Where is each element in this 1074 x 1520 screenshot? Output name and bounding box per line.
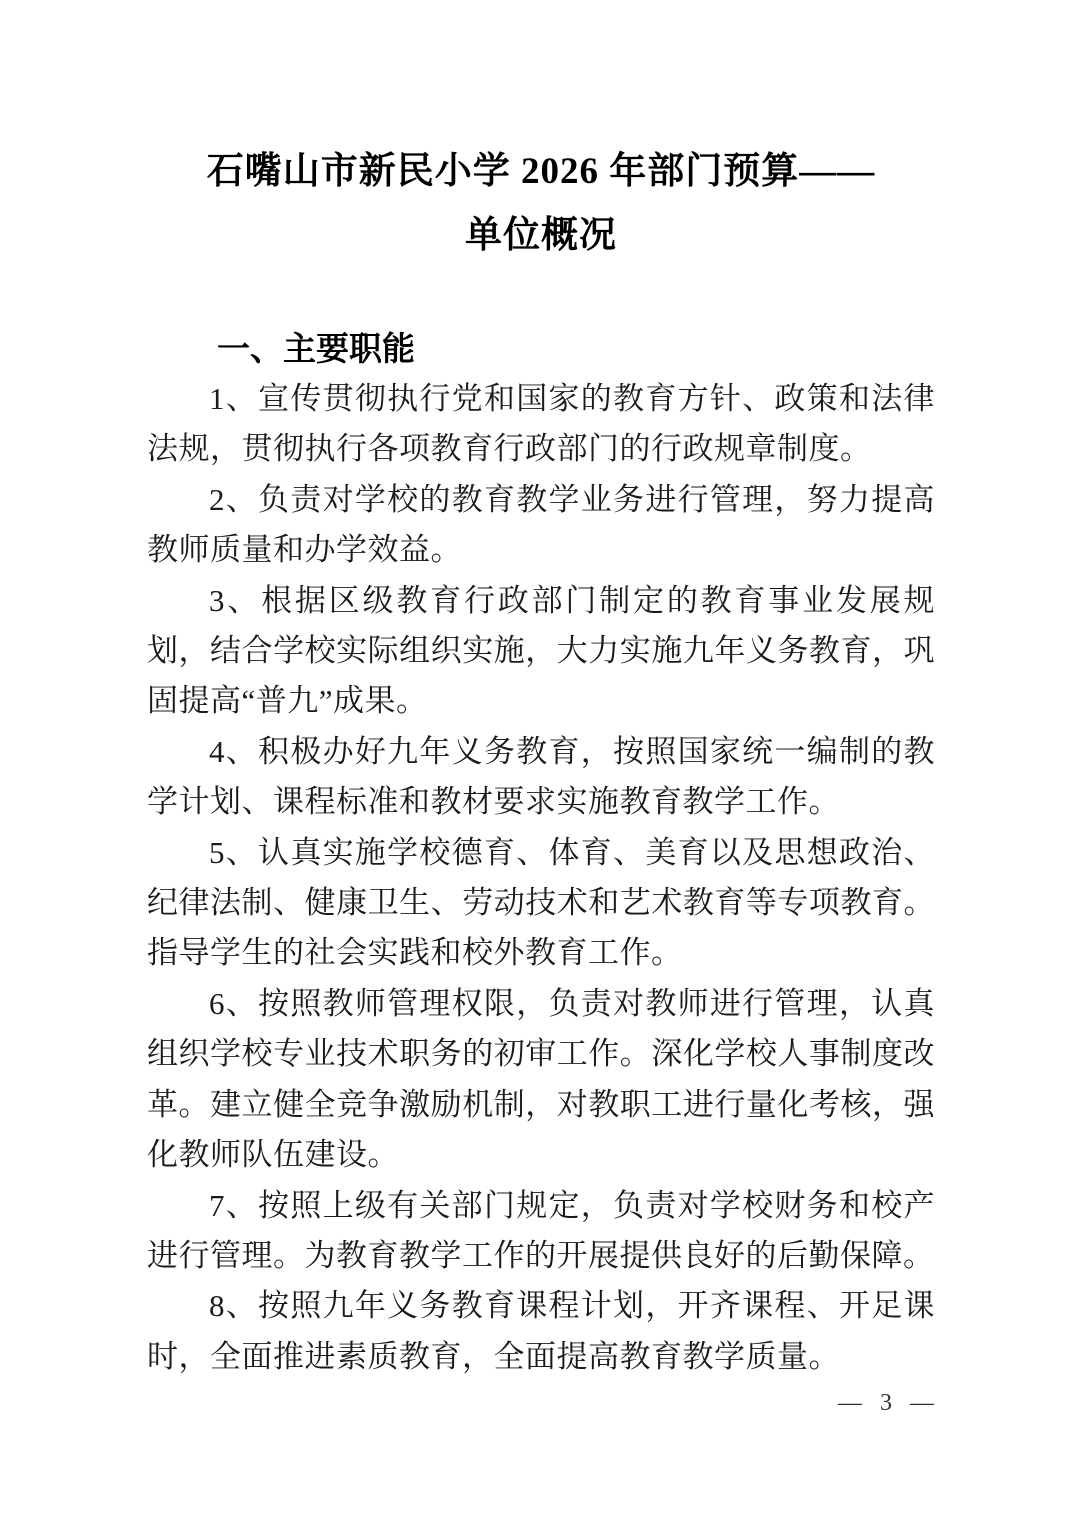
- paragraph-4: 4、积极办好九年义务教育，按照国家统一编制的教学计划、课程标准和教材要求实施教育…: [147, 727, 935, 828]
- document-title: 石嘴山市新民小学 2026 年部门预算—— 单位概况: [147, 140, 935, 268]
- section-heading-main-functions: 一、主要职能: [147, 324, 935, 374]
- title-line-1: 石嘴山市新民小学 2026 年部门预算——: [147, 140, 935, 204]
- page-number: — 3 —: [838, 1390, 940, 1417]
- title-line-2: 单位概况: [147, 204, 935, 268]
- paragraph-2: 2、负责对学校的教育教学业务进行管理，努力提高教师质量和办学效益。: [147, 475, 935, 576]
- paragraph-8: 8、按照九年义务教育课程计划，开齐课程、开足课时，全面推进素质教育，全面提高教育…: [147, 1281, 935, 1382]
- paragraph-7: 7、按照上级有关部门规定，负责对学校财务和校产进行管理。为教育教学工作的开展提供…: [147, 1181, 935, 1282]
- paragraph-6: 6、按照教师管理权限，负责对教师进行管理，认真组织学校专业技术职务的初审工作。深…: [147, 979, 935, 1181]
- paragraph-3: 3、根据区级教育行政部门制定的教育事业发展规划，结合学校实际组织实施，大力实施九…: [147, 576, 935, 727]
- paragraph-5: 5、认真实施学校德育、体育、美育以及思想政治、纪律法制、健康卫生、劳动技术和艺术…: [147, 828, 935, 979]
- document-page: 石嘴山市新民小学 2026 年部门预算—— 单位概况 一、主要职能 1、宣传贯彻…: [0, 0, 1074, 1520]
- document-content: 石嘴山市新民小学 2026 年部门预算—— 单位概况 一、主要职能 1、宣传贯彻…: [0, 0, 1074, 1382]
- paragraph-1: 1、宣传贯彻执行党和国家的教育方针、政策和法律法规，贯彻执行各项教育行政部门的行…: [147, 374, 935, 475]
